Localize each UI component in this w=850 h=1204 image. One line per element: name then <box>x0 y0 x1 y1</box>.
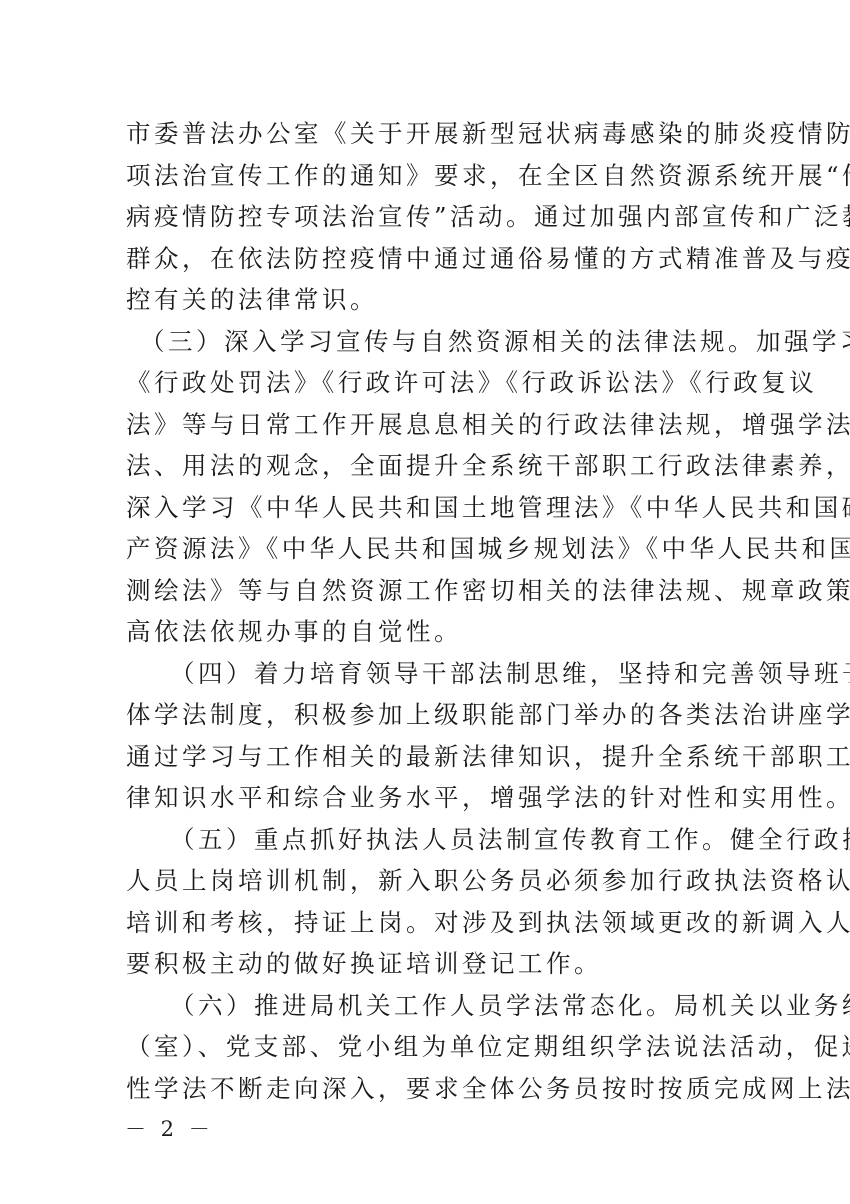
body-text: 市委普法办公室《关于开展新型冠状病毒感染的肺炎疫情防控专 项法治宣传工作的通知》… <box>126 113 718 1109</box>
section-heading-6: （六）推进局机关工作人员学法常态化。局机关以业务组 <box>126 985 718 1027</box>
section-heading-5: （五）重点抓好执法人员法制宣传教育工作。健全行政执法 <box>126 819 718 861</box>
text-line: 人员上岗培训机制，新入职公务员必须参加行政执法资格认证的 <box>126 860 718 902</box>
text-line: 《行政处罚法》《行政许可法》《行政诉讼法》《行政复议 <box>126 362 718 404</box>
text-line: 项法治宣传工作的通知》要求，在全区自然资源系统开展“传染 <box>126 155 718 197</box>
text-line: 深入学习《中华人民共和国土地管理法》《中华人民共和国矿 <box>126 487 718 529</box>
text-line: 法》等与日常工作开展息息相关的行政法律法规，增强学法、守 <box>126 404 718 446</box>
page-number: － 2 － <box>125 1113 212 1143</box>
text-line: 性学法不断走向深入，要求全体公务员按时按质完成网上法律知 <box>126 1068 718 1110</box>
text-line: 通过学习与工作相关的最新法律知识，提升全系统干部职工的法 <box>126 736 718 778</box>
text-line: 培训和考核，持证上岗。对涉及到执法领域更改的新调入人员， <box>126 902 718 944</box>
text-line: 高依法依规办事的自觉性。 <box>126 611 718 653</box>
text-line: 控有关的法律常识。 <box>126 279 718 321</box>
text-line: 产资源法》《中华人民共和国城乡规划法》《中华人民共和国 <box>126 528 718 570</box>
text-line: （室）、党支部、党小组为单位定期组织学法说法活动，促进经常 <box>126 1026 718 1068</box>
document-page: 市委普法办公室《关于开展新型冠状病毒感染的肺炎疫情防控专 项法治宣传工作的通知》… <box>0 0 850 1204</box>
text-line: 病疫情防控专项法治宣传”活动。通过加强内部宣传和广泛教育 <box>126 196 718 238</box>
text-line: 法、用法的观念，全面提升全系统干部职工行政法律素养，继续 <box>126 445 718 487</box>
text-line: 律知识水平和综合业务水平，增强学法的针对性和实用性。 <box>126 777 718 819</box>
text-line: 要积极主动的做好换证培训登记工作。 <box>126 943 718 985</box>
text-line: 体学法制度，积极参加上级职能部门举办的各类法治讲座学习， <box>126 694 718 736</box>
section-heading-4: （四）着力培育领导干部法制思维，坚持和完善领导班子集 <box>126 653 718 695</box>
text-line: 市委普法办公室《关于开展新型冠状病毒感染的肺炎疫情防控专 <box>126 113 718 155</box>
text-line: 测绘法》等与自然资源工作密切相关的法律法规、规章政策，提 <box>126 570 718 612</box>
text-line: 群众，在依法防控疫情中通过通俗易懂的方式精准普及与疫情防 <box>126 238 718 280</box>
section-heading-3: （三）深入学习宣传与自然资源相关的法律法规。加强学习 <box>126 321 718 363</box>
